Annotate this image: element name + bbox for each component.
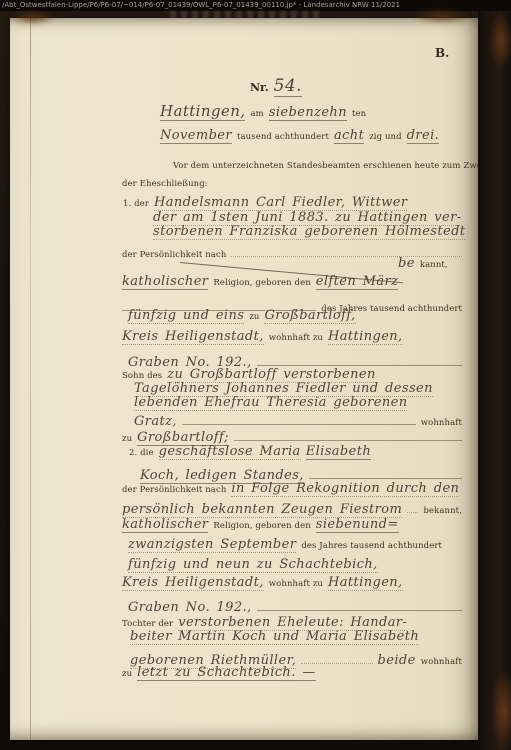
zu-label: zu — [122, 434, 132, 444]
blank-rule — [257, 349, 462, 366]
day-entry: siebenzehn — [269, 105, 347, 121]
bride-identity-line-2: persönlich bekannten Zeugen Fiestrom bek… — [122, 496, 462, 518]
groom-index-label: 1. der — [123, 199, 149, 209]
bride-birthday-entry-1: siebenund= — [316, 517, 399, 533]
bride-daughter-label: Tochter der — [122, 619, 173, 629]
groom-birthyear-line: fünfzig und eins zu Großbartloff, — [128, 308, 356, 324]
groom-identity-label: der Persönlichkeit nach — [122, 250, 226, 260]
ink-bleedthrough — [170, 11, 320, 19]
bride-identity-label: der Persönlichkeit nach — [122, 485, 226, 495]
bride-religion-label: Religion, geboren den — [213, 521, 310, 531]
blank-rule — [407, 496, 418, 513]
bride-name-entry-1: geschäftslose Maria — [159, 444, 301, 460]
groom-name-entry-1: Handelsmann Carl Fiedler, Wittwer — [154, 195, 408, 211]
groom-birthday-entry: elften März — [316, 274, 399, 290]
groom-religion-label: Religion, geboren den — [213, 278, 310, 288]
bride-religion-line: katholischer Religion, geboren den siebe… — [122, 517, 399, 533]
groom-religion-line: katholischer Religion, geboren den elfte… — [122, 274, 398, 290]
bride-identity-hand-1: in Folge Rekognition durch den — [231, 481, 459, 497]
groom-identity-known-line: be kannt, — [398, 256, 448, 271]
groom-residence-line: Kreis Heiligenstadt, wohnhaft zu Hatting… — [122, 329, 403, 345]
ten-label: ten — [352, 109, 366, 119]
decade-entry: acht — [334, 128, 364, 144]
blank-rule — [234, 424, 462, 441]
bride-parents-residence-line: zu letzt zu Schachtebich. — — [122, 665, 316, 681]
groom-birthyear-entry: fünfzig und eins — [128, 308, 244, 324]
bride-birthyear-label: des Jahres tausend achthundert — [301, 541, 442, 551]
groom-residence-entry: Hattingen, — [328, 329, 403, 345]
bride-street-line: Graben No. 192., — [128, 594, 462, 615]
intro-line-2: der Eheschließung: — [122, 179, 208, 189]
bride-parents-line-2: beiter Martin Koch und Maria Elisabeth — [130, 629, 419, 645]
page-fold-line — [30, 18, 31, 740]
bride-identity-hand-2: persönlich bekannten Zeugen Fiestrom — [122, 502, 402, 518]
groom-name-entry-3: storbenen Franziska geborenen Hölmestedt — [153, 224, 465, 240]
bride-name-entry-1b: Elisabeth — [306, 444, 371, 460]
groom-name-line-3: storbenen Franziska geborenen Hölmestedt — [153, 224, 465, 240]
bride-birthday-line-2: zwanzigsten September des Jahres tausend… — [128, 537, 442, 553]
bride-parents-residence-entry: letzt zu Schachtebich. — — [137, 665, 316, 681]
zig-label: zig und — [369, 132, 401, 142]
blank-rule — [301, 647, 372, 664]
thousand-label: tausend achthundert — [237, 132, 329, 142]
zu-label: zu — [122, 669, 132, 679]
bride-parents-entry-2: beiter Martin Koch und Maria Elisabeth — [130, 629, 419, 645]
bride-name-line-1: 2. die geschäftslose Maria Elisabeth — [129, 444, 371, 460]
blank-rule — [231, 240, 462, 257]
bride-index-label: 2. die — [129, 448, 154, 458]
bride-parents-entry-3b: beide — [378, 653, 416, 668]
record-number-value: 54. — [274, 76, 302, 97]
intro-text-2: der Eheschließung: — [122, 179, 208, 189]
zu-label: zu — [249, 312, 259, 322]
bride-birthyear-line: fünfzig und neun zu Schachtebich, — [128, 557, 378, 573]
groom-birthplace-entry: Großbartloff, — [264, 308, 355, 324]
bride-street-entry: Graben No. 192., — [128, 600, 252, 615]
groom-son-label: Sohn des — [122, 371, 162, 381]
bride-parents-residence-label: wohnhaft — [421, 657, 462, 667]
unit-entry: drei. — [407, 128, 440, 144]
register-page: B. Nr. 54. Hattingen, am siebenzehn ten … — [10, 18, 478, 740]
groom-district-entry: Kreis Heiligenstadt, — [122, 329, 264, 345]
groom-parents-residence-line: zu Großbartloff; — [122, 424, 462, 446]
bride-identity-suffix: bekannt, — [423, 506, 462, 516]
record-number-label: Nr. — [250, 81, 269, 94]
bride-birthday-entry-2: zwanzigsten September — [128, 537, 296, 553]
am-label: am — [250, 109, 263, 119]
blank-rule — [309, 462, 462, 479]
bride-birthyear-entry: fünfzig und neun zu Schachtebich, — [128, 557, 378, 573]
bride-district-entry: Kreis Heiligenstadt, — [122, 575, 264, 591]
intro-text-1: Vor dem unterzeichneten Standesbeamten e… — [173, 161, 492, 171]
bride-identity-line-1: der Persönlichkeit nach in Folge Rekogni… — [122, 481, 459, 497]
bride-residence-line: Kreis Heiligenstadt, wohnhaft zu Hatting… — [122, 575, 403, 591]
binding-stain-top-right — [412, 8, 472, 24]
bride-religion-entry: katholischer — [122, 517, 208, 533]
groom-identity-suffix: kannt, — [420, 260, 448, 270]
bride-residence-label: wohnhaft zu — [269, 579, 323, 589]
groom-residence-label: wohnhaft zu — [269, 333, 323, 343]
binding-stain-top-left — [10, 10, 56, 25]
window-title-text: /Abt_Ostwestfalen-Lippe/P6/P6-07/~014/P6… — [2, 1, 400, 9]
groom-religion-entry: katholischer — [122, 274, 208, 290]
groom-name-line-1: 1. der Handelsmann Carl Fiedler, Wittwer — [123, 195, 407, 211]
record-number-line: Nr. 54. — [250, 76, 302, 97]
blank-rule — [182, 408, 416, 425]
date-line-2: November tausend achthundert acht zig un… — [160, 128, 439, 144]
bride-residence-entry: Hattingen, — [328, 575, 403, 591]
intro-line-1: Vor dem unterzeichneten Standesbeamten e… — [173, 161, 492, 171]
groom-identity-hand: be — [398, 256, 415, 271]
date-line-1: Hattingen, am siebenzehn ten — [160, 102, 366, 121]
book-binding-right — [478, 11, 511, 750]
month-entry: November — [160, 128, 232, 144]
place-entry: Hattingen, — [160, 102, 245, 121]
form-letter-b: B. — [435, 46, 449, 60]
blank-rule — [257, 594, 462, 611]
